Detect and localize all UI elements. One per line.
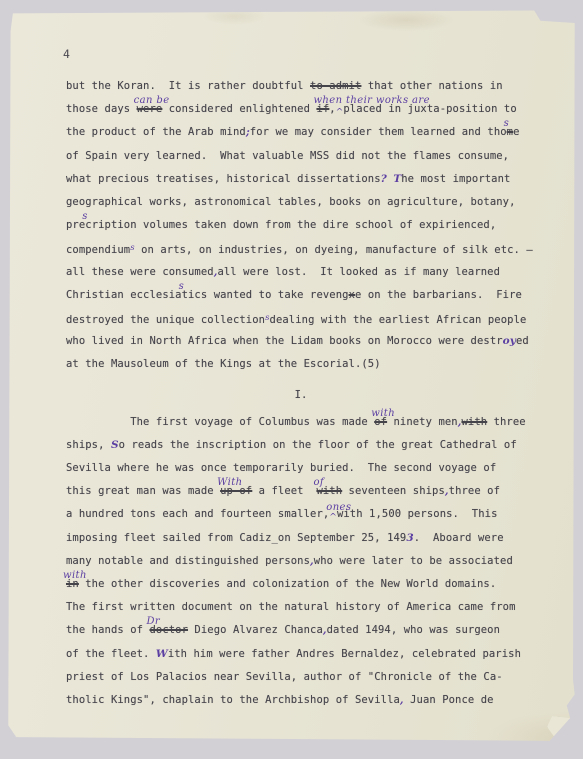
typed-text: geographical works, astronomical tables,… <box>66 196 516 208</box>
typed-text: ships, <box>66 439 111 451</box>
typed-text: of Spain very learned. What valuable MSS… <box>66 150 509 162</box>
typed-text: for we may consider them learned and tho <box>250 126 507 138</box>
typed-text: ninety men <box>387 416 458 428</box>
handwritten-annotation: s <box>179 282 185 292</box>
typed-text: a hundred tons each and fourteen smaller… <box>66 508 329 520</box>
text-line: the product of the Arab mind;for we may … <box>66 121 536 144</box>
text-line: who lived in North Africa when the Lidam… <box>66 330 536 353</box>
correction: sm <box>507 121 513 144</box>
text-line: many notable and distinguished persons,w… <box>66 550 536 573</box>
text-line: imposing fleet sailed from Cadiz_on Sept… <box>66 527 536 550</box>
typed-text: I. <box>295 389 308 401</box>
typed-text: at the Mausoleum of the Kings at the Esc… <box>66 358 381 370</box>
handwritten-annotation: s <box>504 119 510 129</box>
typed-text: all these were consumed <box>66 266 214 278</box>
scanned-document: 4 but the Koran. It is rather doubtful t… <box>0 0 583 759</box>
typed-text: e on the barbarians. Fire <box>355 289 522 301</box>
typed-text: many notable and distinguished persons <box>66 555 310 567</box>
text-block: but the Koran. It is rather doubtful to … <box>66 75 536 712</box>
typed-text: ith him were father Andres Bernaldez, ce… <box>168 648 521 660</box>
handwritten-ink: S <box>111 439 119 451</box>
typed-text: imposing fleet sailed from Cadiz_on Sept… <box>66 532 406 544</box>
typed-text: this great man was made <box>66 485 220 497</box>
typed-text: seventeen ships <box>342 485 445 497</box>
text-line: of Spain very learned. What valuable MSS… <box>66 145 536 168</box>
text-line: priest of Los Palacios near Sevilla, aut… <box>66 666 536 689</box>
text-line: Sevilla where he was once temporarily bu… <box>66 457 536 480</box>
typed-text: who lived in North Africa when the Lidam… <box>66 335 503 347</box>
typed-text: those days <box>66 103 137 115</box>
text-line: at the Mausoleum of the Kings at the Esc… <box>66 353 536 376</box>
typed-text: what precious treatises, historical diss… <box>66 173 381 185</box>
handwritten-annotation: Dr <box>146 617 160 627</box>
typed-text: Juan Ponce de <box>404 694 494 706</box>
correction: Withup of <box>220 480 252 503</box>
insertion-caret: ^ <box>329 513 337 523</box>
correction: ones^ <box>329 503 337 530</box>
typed-text: on arts, on industries, on dyeing, manuf… <box>135 244 533 256</box>
correction: within <box>66 573 79 596</box>
page-number: 4 <box>63 47 70 61</box>
typed-text: ics wanted to take reveng <box>188 289 349 301</box>
text-line: the hands of Drdoctor Diego Alvarez Chan… <box>66 619 536 642</box>
typed-text: he most important <box>401 173 510 185</box>
text-line: a hundred tons each and fourteen smaller… <box>66 503 536 526</box>
correction: st <box>182 284 188 307</box>
text-line: tholic Kings", chaplain to the Archbisho… <box>66 689 536 712</box>
handwritten-ink: 3 <box>406 532 413 544</box>
handwritten-ink: oy <box>503 335 516 347</box>
typed-text: that other nations in <box>361 80 502 92</box>
typed-text: three <box>487 416 526 428</box>
typed-text: priest of Los Palacios near Sevilla, aut… <box>66 671 503 683</box>
correction: Drdoctor <box>149 619 188 642</box>
correction: sc <box>85 214 91 237</box>
typed-text: . Aboard were <box>414 532 504 544</box>
typed-text: of the fleet. <box>66 648 156 660</box>
typed-text: The first written document on the natura… <box>66 601 516 613</box>
correction: can bewere <box>137 98 163 121</box>
typed-text: destroyed the unique collection <box>66 314 265 326</box>
text-line: ships, So reads the inscription on the f… <box>66 434 536 457</box>
correction: ofwith <box>316 480 342 503</box>
typed-text: dealing with the earliest African people <box>270 314 527 326</box>
text-line: destroyed the unique collectionsdealing … <box>66 307 536 330</box>
text-line: Christian ecclesiastics wanted to take r… <box>66 284 536 307</box>
struck-text: to admit <box>310 80 361 92</box>
typed-text: Christian ecclesia <box>66 289 182 301</box>
text-line: prescription volumes taken down from the… <box>66 214 536 237</box>
text-line: The first written document on the natura… <box>66 596 536 619</box>
paper-tear <box>547 716 573 740</box>
typed-text: considered enlightened <box>162 103 316 115</box>
typed-text: Sevilla where he was once temporarily bu… <box>66 462 496 474</box>
text-line: The first voyage of Columbus was made wi… <box>66 411 536 434</box>
handwritten-annotation: can be <box>134 96 170 106</box>
struck-text: with <box>461 416 487 428</box>
typed-text: dated 1494, who was surgeon <box>327 624 500 636</box>
typed-text: with 1,500 persons. This <box>337 508 498 520</box>
typed-text: The first voyage of Columbus was made <box>66 416 374 428</box>
typed-text: ed <box>516 335 529 347</box>
text-line: those days can bewere considered enlight… <box>66 98 536 121</box>
typed-text: three of <box>449 485 500 497</box>
text-line: compendiums on arts, on industries, on d… <box>66 237 536 260</box>
handwritten-annotation: when their works are <box>313 96 429 106</box>
handwritten-ink: W <box>156 648 168 660</box>
handwritten-annotation: ones <box>326 503 351 513</box>
typed-text: but the Koran. It is rather doubtful <box>66 80 310 92</box>
correction: withof <box>374 411 387 434</box>
typed-text: the other discoveries and colonization o… <box>79 578 496 590</box>
typed-text: a fleet <box>252 485 316 497</box>
text-line: geographical works, astronomical tables,… <box>66 191 536 214</box>
section-heading: I. <box>66 384 536 407</box>
typed-text: ription volumes taken down from the dire… <box>92 219 497 231</box>
handwritten-annotation: s <box>82 212 88 222</box>
typed-text: who were later to be associated <box>314 555 513 567</box>
correction: when their works areif <box>316 98 329 121</box>
typed-text: all were lost. It looked as if many lear… <box>217 266 500 278</box>
text-line: of the fleet. With him were father Andre… <box>66 643 536 666</box>
typed-text: e <box>513 126 519 138</box>
typed-text: the product of the Arab mind <box>66 126 246 138</box>
text-line: what precious treatises, historical diss… <box>66 168 536 191</box>
typed-text: Diego Alvarez Chanca <box>188 624 323 636</box>
typed-text: o reads the inscription on the floor of … <box>119 439 517 451</box>
handwritten-annotation: with <box>63 571 87 581</box>
typed-text: the hands of <box>66 624 149 636</box>
text-line: all these were consumed,all were lost. I… <box>66 261 536 284</box>
text-line: this great man was made Withup of a flee… <box>66 480 536 503</box>
typed-text: compendium <box>66 244 130 256</box>
typed-text: tholic Kings", chaplain to the Archbisho… <box>66 694 400 706</box>
handwritten-annotation: With <box>217 478 242 488</box>
handwritten-annotation: with <box>371 409 395 419</box>
text-line: within the other discoveries and coloniz… <box>66 573 536 596</box>
handwritten-annotation: of <box>313 478 324 488</box>
paper-sheet: 4 but the Koran. It is rather doubtful t… <box>6 9 577 746</box>
